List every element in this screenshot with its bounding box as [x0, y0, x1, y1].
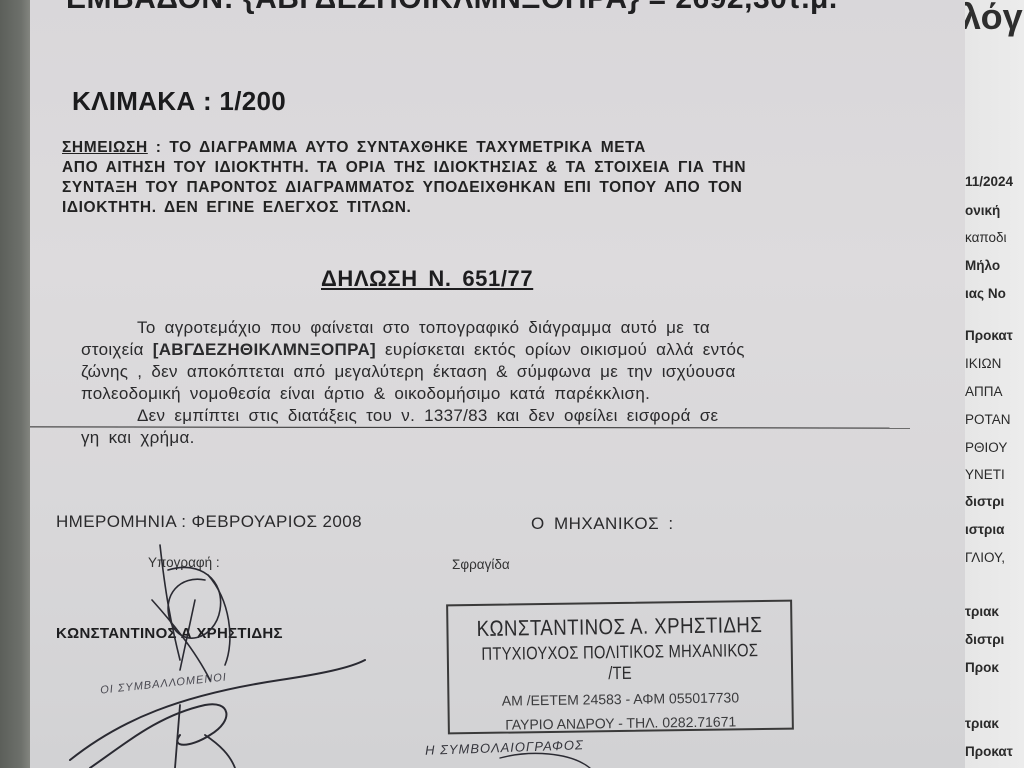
body-line: Το αγροτεμάχιο που φαίνεται στο τοπογραφ…	[81, 317, 881, 339]
body-text-fragment: ευρίσκεται εκτός ορίων οικισμού αλλά εντ…	[376, 340, 745, 359]
body-text-fragment: στοιχεία	[81, 340, 153, 359]
adjacent-line: ΙΚΙΩΝ	[965, 356, 1001, 371]
stamp-title: ΠΤΥΧΙΟΥΧΟΣ ΠΟΛΙΤΙΚΟΣ ΜΗΧΑΝΙΚΟΣ /ΤΕ	[479, 640, 760, 686]
note-line: ΣΥΝΤΑΞΗ ΤΟΥ ΠΑΡΟΝΤΟΣ ΔΙΑΓΡΑΜΜΑΤΟΣ ΥΠΟΔΕΙ…	[62, 178, 746, 198]
background-surface	[0, 0, 30, 768]
adjacent-line: ΡΟΤΑΝ	[965, 412, 1011, 427]
parcel-vertices: [ΑΒΓΔΕΖΗΘΙΚΛΜΝΞΟΠΡΑ]	[153, 340, 376, 359]
adjacent-line: ιας Νο	[965, 286, 1006, 301]
body-line: στοιχεία [ΑΒΓΔΕΖΗΘΙΚΛΜΝΞΟΠΡΑ] ευρίσκεται…	[81, 339, 881, 361]
stamp-address: ΓΑΥΡΙΟ ΑΝΔΡΟΥ - ΤΗΛ. 0282.71671	[450, 713, 792, 734]
scale-heading: ΚΛΙΜΑΚΑ : 1/200	[72, 86, 286, 117]
adjacent-line: Προκατ	[965, 744, 1013, 759]
adjacent-line: 11/2024	[965, 174, 1013, 189]
note-label: ΣΗΜΕΙΩΣΗ	[62, 139, 148, 156]
survey-note: ΣΗΜΕΙΩΣΗ : ΤΟ ΔΙΑΓΡΑΜΜΑ ΑΥΤΟ ΣΥΝΤΑΧΘΗΚΕ …	[62, 138, 746, 218]
signer-name: ΚΩΝΣΤΑΝΤΙΝΟΣ Α ΧΡΗΣΤΙΔΗΣ	[56, 625, 283, 642]
signature-label: Υπογραφή :	[148, 555, 220, 570]
declaration-title: ΔΗΛΩΣΗ Ν. 651/77	[321, 266, 533, 292]
adjacent-line: τριακ	[965, 716, 999, 731]
adjacent-line: Προκατ	[965, 328, 1013, 343]
adjacent-line: Μήλο	[965, 258, 1000, 273]
adjacent-line: καποδι	[965, 230, 1007, 245]
declaration-body: Το αγροτεμάχιο που φαίνεται στο τοπογραφ…	[81, 317, 881, 449]
document-page: ΕΜΒΑΔΟΝ: {ΑΒΓΔΕΖΗΘΙΚΛΜΝΞΟΠΡΑ} = 2692,30τ…	[30, 0, 965, 768]
seal-label: Σφραγίδα	[452, 557, 510, 572]
adjacent-line: ΡΘΙΟΥ	[965, 440, 1007, 455]
handwritten-note: ΟΙ ΣΥΜΒΑΛΛΟΜΕΝΟΙ	[100, 671, 228, 696]
stamp-registration: ΑΜ /ΕΕΤΕΜ 24583 - ΑΦΜ 055017730	[449, 689, 791, 710]
body-line: πολεοδομική νομοθεσία είναι άρτιο & οικο…	[81, 383, 881, 405]
adjacent-line: διστρι	[965, 494, 1004, 509]
adjacent-line: Προκ	[965, 660, 999, 675]
adjacent-line: ΓΛΙΟΥ,	[965, 550, 1005, 565]
adjacent-line: ΑΠΠΑ	[965, 384, 1003, 399]
adjacent-line: διστρι	[965, 632, 1004, 647]
body-line: γη και χρήμα.	[81, 427, 881, 449]
stamp-name: ΚΩΝΣΤΑΝΤΙΝΟΣ Α. ΧΡΗΣΤΙΔΗΣ	[474, 612, 765, 642]
engineer-stamp: ΚΩΝΣΤΑΝΤΙΝΟΣ Α. ΧΡΗΣΤΙΔΗΣ ΠΤΥΧΙΟΥΧΟΣ ΠΟΛ…	[446, 600, 794, 735]
handwritten-note: Η ΣΥΜΒΟΛΑΙΟΓΡΑΦΟΣ	[425, 737, 584, 758]
adjacent-page: λόγ 11/2024 ονική καποδι Μήλο ιας Νο Προ…	[965, 0, 1024, 768]
note-line: ΑΠΟ ΑΙΤΗΣΗ ΤΟΥ ΙΔΙΟΚΤΗΤΗ. ΤΑ ΟΡΙΑ ΤΗΣ ΙΔ…	[62, 158, 746, 178]
adjacent-line: ονική	[965, 203, 1000, 218]
note-line: : ΤΟ ΔΙΑΓΡΑΜΜΑ ΑΥΤΟ ΣΥΝΤΑΧΘΗΚΕ ΤΑΧΥΜΕΤΡΙ…	[148, 139, 646, 156]
adjacent-line: ιστρια	[965, 522, 1004, 537]
body-line: ζώνης , δεν αποκόπτεται από μεγαλύτερη έ…	[81, 361, 881, 383]
date-line: ΗΜΕΡΟΜΗΝΙΑ : ΦΕΒΡΟΥΑΡΙΟΣ 2008	[56, 512, 362, 532]
note-line: ΙΔΙΟΚΤΗΤΗ. ΔΕΝ ΕΓΙΝΕ ΕΛΕΓΧΟΣ ΤΙΤΛΩΝ.	[62, 198, 746, 218]
adjacent-line: ΥΝΕΤΙ	[965, 467, 1005, 482]
area-heading: ΕΜΒΑΔΟΝ: {ΑΒΓΔΕΖΗΘΙΚΛΜΝΞΟΠΡΑ} = 2692,30τ…	[66, 0, 838, 16]
adjacent-line: τριακ	[965, 604, 999, 619]
adjacent-page-title: λόγ	[965, 0, 1023, 38]
engineer-label: Ο ΜΗΧΑΝΙΚΟΣ :	[531, 514, 674, 534]
body-line: Δεν εμπίπτει στις διατάξεις του ν. 1337/…	[81, 405, 881, 427]
